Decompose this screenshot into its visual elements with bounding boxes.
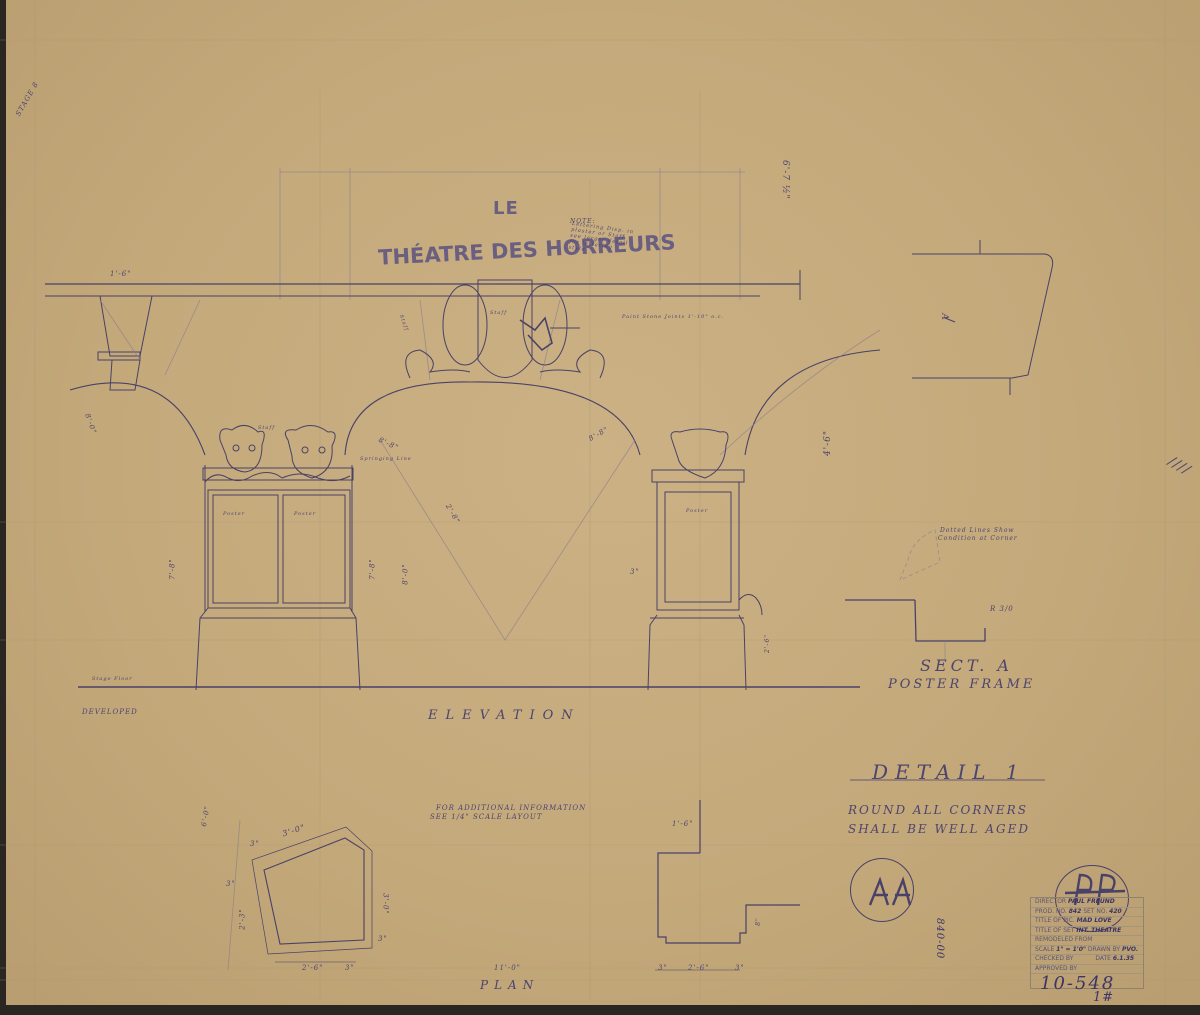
plan-note-1: FOR ADDITIONAL INFORMATION <box>436 804 586 812</box>
sheet-mark: 1# <box>1093 990 1114 1005</box>
plan-r-dim-bottom: 2'-6" <box>688 964 709 972</box>
label-staff-keystone: Staff <box>490 310 507 316</box>
label-poster-3: Poster <box>686 508 708 514</box>
tb-label: TITLE OF SET <box>1035 927 1075 934</box>
label-stage-floor: Stage Floor <box>92 676 133 682</box>
plan-r-dim-step: 8" <box>755 917 762 926</box>
section-note-2: Condition at Corner <box>938 535 1018 542</box>
plan-r-dim-top: 1'-6" <box>672 820 693 828</box>
section-note-1: Dotted Lines Show <box>940 527 1015 534</box>
tb-label: SCALE <box>1035 946 1054 953</box>
plan-r-dim-left: 3" <box>658 964 668 972</box>
tb-value: 6.1.35 <box>1113 955 1134 962</box>
plan-dim-top-small: 3" <box>250 840 260 848</box>
tb-label: SET NO. <box>1083 908 1107 915</box>
label-paint-stone-joints: Paint Stone Joints 1'-10" o.c. <box>622 314 724 320</box>
tb-label: TITLE OF PIC. <box>1035 917 1075 924</box>
detail-title: DETAIL 1 <box>872 760 1026 784</box>
section-radius: R 3/0 <box>990 605 1014 613</box>
tb-value: 842 <box>1069 908 1082 915</box>
blueprint-sheet: STAGE 8 LE THÉATRE DES HORREURS NOTE: Le… <box>0 0 1200 1015</box>
label-developed: DEVELOPED <box>82 708 138 716</box>
tb-label: APPROVED BY <box>1035 965 1077 972</box>
plan-note-2: SEE 1/4" SCALE LAYOUT <box>430 813 543 821</box>
tb-remodeled-from: REMODELED FROM <box>1031 936 1143 946</box>
dim-base-height: 2'-6" <box>764 634 771 653</box>
tb-title-of-set: TITLE OF SET INT. THEATRE <box>1031 927 1143 937</box>
plan-dim-right-small: 3" <box>378 935 388 943</box>
section-subtitle: POSTER FRAME <box>888 677 1035 692</box>
tb-label: DATE <box>1095 955 1111 962</box>
tb-value: 420 <box>1109 908 1122 915</box>
plan-dim-side-1: 3" <box>226 880 236 888</box>
section-title: SECT. A <box>920 656 1013 675</box>
plan-r-dim-right: 3" <box>735 964 745 972</box>
plan-dim-right: 3'-0" <box>382 893 390 914</box>
label-staff-heads: Staff <box>258 425 275 431</box>
tb-value: MAD LOVE <box>1077 917 1112 924</box>
tb-value: INT. THEATRE <box>1076 927 1121 934</box>
construction-grid <box>0 0 1200 1005</box>
label-poster-2: Poster <box>294 511 316 517</box>
dim-right-height: 4'-6" <box>823 430 833 456</box>
section-marker-a: A <box>939 313 949 321</box>
tb-label: DIRECTOR <box>1035 898 1066 905</box>
side-number: 840-00 <box>934 918 945 959</box>
tb-value: PVO. <box>1122 946 1138 953</box>
plan-dim-bottom-small: 3" <box>345 964 355 972</box>
dim-springing-line: Springing Line <box>360 456 412 462</box>
tb-value: 1" = 1'0" <box>1056 946 1086 953</box>
tb-label: DRAWN BY <box>1088 946 1120 953</box>
tb-title-of-pic: TITLE OF PIC. MAD LOVE <box>1031 917 1143 927</box>
stamp-right-letters: RP <box>1073 873 1111 901</box>
tb-label: REMODELED FROM <box>1035 936 1092 943</box>
label-poster-1: Poster <box>223 511 245 517</box>
dim-pier-small: 3" <box>630 568 640 576</box>
sign-le: LE <box>493 198 519 219</box>
detail-note-1: ROUND ALL CORNERS <box>848 803 1028 817</box>
drawing-linework <box>0 0 1200 1015</box>
dim-pier-width: 1'-6" <box>110 270 131 278</box>
plan-dim-side-2: 2'-3" <box>239 908 247 929</box>
dim-opening-height: 7'-8" <box>369 558 377 579</box>
tb-prod-no: PROD. NO. 842 SET NO. 420 <box>1031 908 1143 918</box>
plan-dim-bottom: 2'-6" <box>302 964 323 972</box>
plan-title: PLAN <box>480 978 539 992</box>
dim-left-height: 7'-8" <box>169 558 177 579</box>
tb-label: PROD. NO. <box>1035 908 1067 915</box>
tb-checked-by: CHECKED BY DATE 6.1.35 <box>1031 955 1143 965</box>
tb-label: CHECKED BY <box>1035 955 1073 962</box>
tb-scale: SCALE 1" = 1'0" DRAWN BY PVO. <box>1031 946 1143 956</box>
plan-dim-overall: 11'-0" <box>494 964 521 972</box>
detail-note-2: SHALL BE WELL AGED <box>848 822 1030 836</box>
stamp-left-letters: AA <box>866 877 902 902</box>
elevation-title: ELEVATION <box>428 708 581 723</box>
dim-top-height: 6'-7 ½" <box>780 160 790 200</box>
dim-opening-height-2: 8'-0" <box>402 563 410 584</box>
